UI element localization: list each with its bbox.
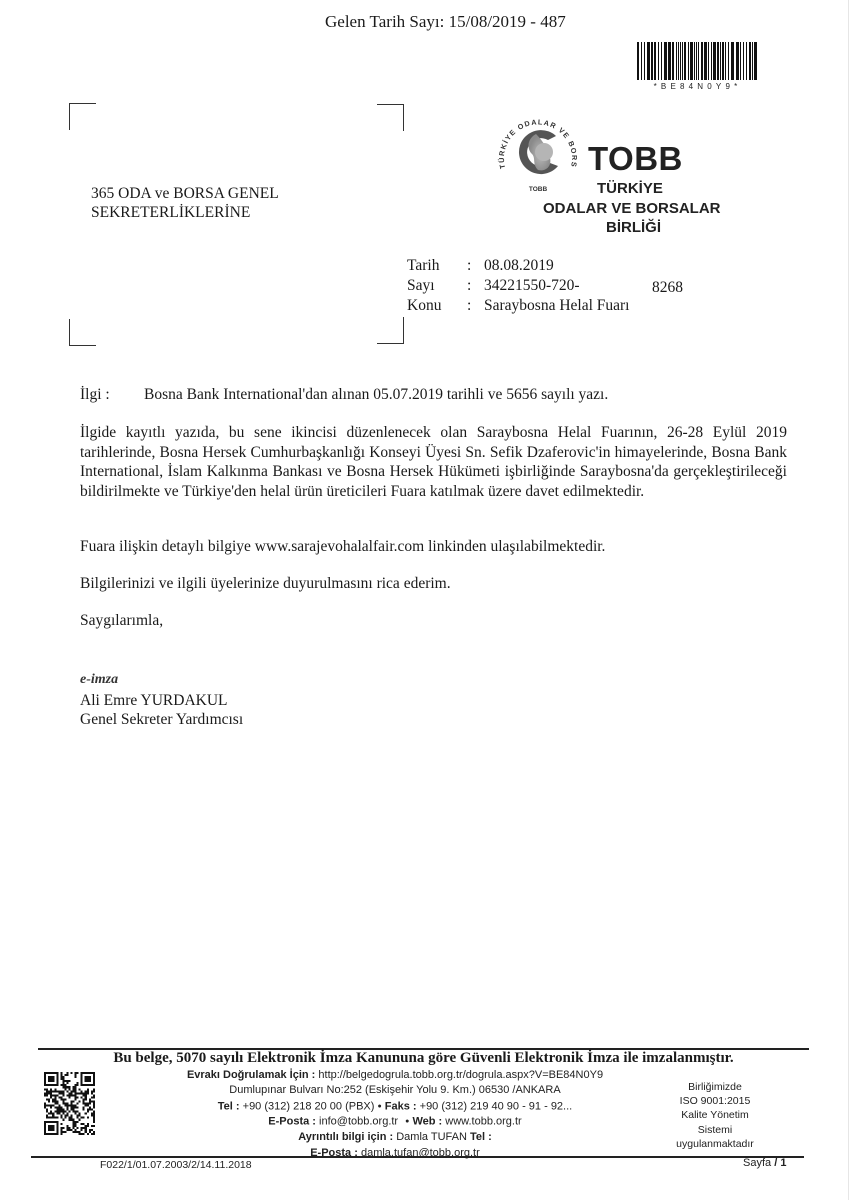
page-label: Sayfa [743, 1157, 771, 1169]
incoming-date-stamp: Gelen Tarih Sayı: 15/08/2019 - 487 [325, 12, 566, 32]
footer-divider-bottom [31, 1156, 804, 1158]
tobb-acronym: TOBB [588, 140, 683, 178]
page-edge [848, 0, 849, 1200]
barcode-bar [682, 42, 683, 80]
barcode-bar [704, 42, 707, 80]
barcode-bar [728, 42, 729, 80]
barcode-bar [713, 42, 716, 80]
svg-text:TOBB: TOBB [529, 186, 548, 193]
barcode-bar [720, 42, 721, 80]
tobb-seal-logo-icon: TÜRKİYE ODALAR VE BORSALAR BİRLİĞİ TOBB [492, 108, 584, 198]
recipient-block: 365 ODA ve BORSA GENEL SEKRETERLİKLERİNE [91, 184, 279, 222]
barcode-bar [654, 42, 656, 80]
barcode-bar [658, 42, 659, 80]
iso-line: Kalite Yönetim [665, 1108, 765, 1122]
barcode-bar [647, 42, 650, 80]
barcode-bar [688, 42, 689, 80]
barcode-bar [698, 42, 699, 80]
barcode-bar [637, 42, 639, 80]
barcode-bar [749, 42, 751, 80]
barcode-bar [678, 42, 679, 80]
address-bracket-top-left [69, 103, 96, 130]
detail-contact-line: Ayrıntılı bilgi için : Damla TUFAN Tel : [170, 1130, 620, 1145]
barcode-bar [740, 42, 741, 80]
verify-url[interactable]: http://belgedogrula.tobb.org.tr/dogrula.… [318, 1069, 603, 1081]
meta-row-date: Tarih : 08.08.2019 [407, 256, 630, 276]
barcode-bar [722, 42, 724, 80]
iso-line: ISO 9001:2015 [665, 1094, 765, 1108]
barcode-bar [736, 42, 739, 80]
verify-line: Evrakı Doğrulamak İçin : http://belgedog… [170, 1068, 620, 1083]
barcode-bar [743, 42, 744, 80]
iso-line: uygulanmaktadır [665, 1137, 765, 1151]
barcode-bar [708, 42, 709, 80]
web-label: Web : [412, 1116, 442, 1128]
barcode-bar [668, 42, 671, 80]
meta-key: Tarih [407, 256, 467, 276]
e-signature-legal-notice: Bu belge, 5070 sayılı Elektronik İmza Ka… [38, 1050, 809, 1067]
barcode-bar [754, 42, 757, 80]
logo-line-2: ODALAR VE BORSALAR [543, 200, 721, 217]
closing-salutation: Saygılarımla, [80, 611, 787, 631]
body-paragraph-2: Fuara ilişkin detaylı bilgiye www.saraje… [80, 537, 787, 557]
meta-value: 34221550-720- [484, 276, 580, 296]
meta-key: Konu [407, 296, 467, 316]
meta-colon: : [467, 276, 484, 296]
barcode-bar [641, 42, 642, 80]
reference-text: Bosna Bank International'dan alınan 05.0… [144, 386, 608, 403]
barcode-bar [731, 42, 734, 80]
signer-name: Ali Emre YURDAKUL [80, 691, 243, 710]
barcode-bar [701, 42, 703, 80]
document-meta: Tarih : 08.08.2019 Sayı : 34221550-720- … [407, 256, 630, 316]
address-bracket-bottom-right [377, 317, 404, 344]
barcode-bar [696, 42, 697, 80]
address-line: Dumlupınar Bulvarı No:252 (Eskişehir Yol… [170, 1083, 620, 1098]
document-number-suffix: 8268 [652, 278, 683, 298]
barcode-bar [725, 42, 726, 80]
recipient-line-1: 365 ODA ve BORSA GENEL [91, 184, 279, 203]
barcode-bar [690, 42, 693, 80]
barcode-bar [661, 42, 662, 80]
email-label: E-Posta : [268, 1116, 316, 1128]
detail-label: Ayrıntılı bilgi için : [298, 1131, 393, 1143]
signer-title: Genel Sekreter Yardımcısı [80, 710, 243, 729]
recipient-line-2: SEKRETERLİKLERİNE [91, 203, 279, 222]
contact-block: Evrakı Doğrulamak İçin : http://belgedog… [170, 1068, 620, 1161]
detail-name: Damla TUFAN [396, 1131, 467, 1143]
barcode-text: *BE84N0Y9* [637, 82, 758, 91]
body-paragraph-1: İlgide kayıtlı yazıda, bu sene ikincisi … [80, 423, 787, 501]
meta-row-number: Sayı : 34221550-720- [407, 276, 630, 296]
qr-code-icon[interactable] [44, 1072, 95, 1135]
signer-block: Ali Emre YURDAKUL Genel Sekreter Yardımc… [80, 691, 243, 729]
logo-line-1: TÜRKİYE [597, 180, 663, 197]
barcode-bar [694, 42, 695, 80]
document-barcode [637, 42, 758, 80]
iso-line: Sistemi [665, 1123, 765, 1137]
form-code: F022/1/01.07.2003/2/14.11.2018 [100, 1159, 252, 1171]
fax-value: +90 (312) 219 40 90 - 91 - 92... [420, 1100, 573, 1112]
meta-row-subject: Konu : Saraybosna Helal Fuarı [407, 296, 630, 316]
page-number: Sayfa / 1 [743, 1157, 786, 1169]
reference-label: İlgi : [80, 386, 144, 404]
barcode-bar [664, 42, 667, 80]
logo-line-3: BİRLİĞİ [606, 219, 661, 236]
detail-tel-label: Tel : [470, 1131, 492, 1143]
meta-colon: : [467, 256, 484, 276]
meta-value: Saraybosna Helal Fuarı [484, 296, 630, 316]
barcode-bar [644, 42, 645, 80]
page-value: / 1 [774, 1157, 786, 1169]
barcode-bar [651, 42, 653, 80]
barcode-bar [711, 42, 712, 80]
barcode-bar [752, 42, 753, 80]
fax-label: Faks : [385, 1100, 417, 1112]
barcode-bar [672, 42, 674, 80]
bullet-separator: ● [405, 1118, 409, 1125]
tel-value: +90 (312) 218 20 00 (PBX) [243, 1100, 375, 1112]
barcode-bar [676, 42, 677, 80]
address-bracket-bottom-left [69, 319, 96, 346]
meta-colon: : [467, 296, 484, 316]
bullet-separator: ● [377, 1103, 381, 1110]
verify-label: Evrakı Doğrulamak İçin : [187, 1069, 315, 1081]
address-bracket-top-right [377, 104, 404, 131]
barcode-bar [680, 42, 681, 80]
e-signature-mark: e-imza [80, 672, 118, 688]
meta-key: Sayı [407, 276, 467, 296]
body-paragraph-3: Bilgilerinizi ve ilgili üyelerinize duyu… [80, 574, 787, 594]
meta-value: 08.08.2019 [484, 256, 554, 276]
barcode-bar [684, 42, 686, 80]
phone-fax-line: Tel : +90 (312) 218 20 00 (PBX) ● Faks :… [170, 1099, 620, 1115]
iso-quality-note: Birliğimizde ISO 9001:2015 Kalite Yöneti… [665, 1080, 765, 1151]
email-web-line: E-Posta : info@tobb.org.tr ● Web : www.t… [170, 1114, 620, 1130]
barcode-bar [717, 42, 719, 80]
email-value[interactable]: info@tobb.org.tr [319, 1116, 398, 1128]
reference-line: İlgi :Bosna Bank International'dan alına… [80, 386, 608, 404]
iso-line: Birliğimizde [665, 1080, 765, 1094]
web-value[interactable]: www.tobb.org.tr [445, 1116, 521, 1128]
tel-label: Tel : [218, 1100, 240, 1112]
barcode-bar [746, 42, 747, 80]
